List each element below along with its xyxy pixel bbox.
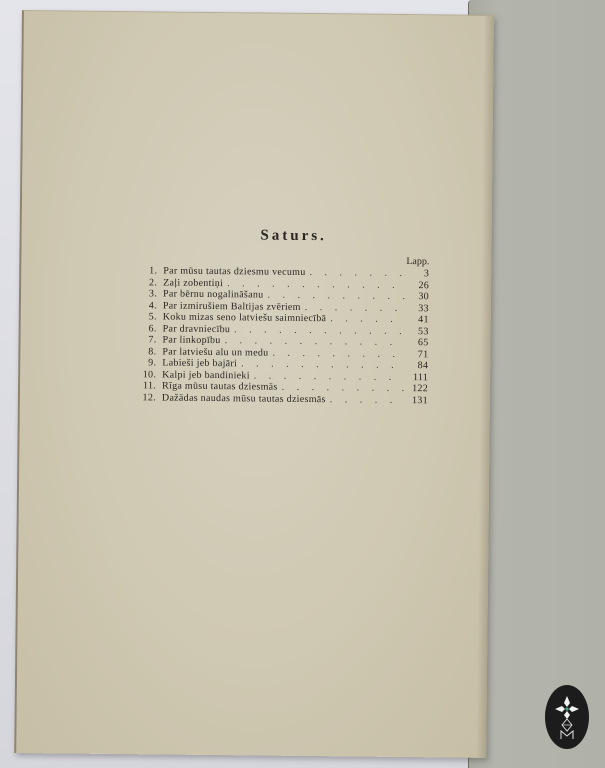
entry-number: 2. — [139, 277, 157, 289]
table-of-contents: Saturs. Lapp. 1.Par mūsu tautas dziesmu … — [138, 226, 430, 406]
entry-page: 41 — [409, 314, 429, 326]
entry-title: Dažādas naudas mūsu tautas dziesmās — [162, 392, 326, 405]
entry-page: 26 — [409, 280, 429, 292]
entry-page: 111 — [408, 372, 428, 384]
entry-number: 9. — [138, 357, 156, 369]
entry-page: 33 — [409, 303, 429, 315]
entry-number: 12. — [138, 392, 156, 404]
entry-title: Kalpi jeb bandinieki — [162, 369, 250, 381]
toc-entry: 12.Dažādas naudas mūsu tautas dziesmās13… — [138, 392, 428, 407]
book-page: Saturs. Lapp. 1.Par mūsu tautas dziesmu … — [14, 10, 494, 758]
entry-number: 11. — [138, 380, 156, 392]
entry-page: 122 — [408, 383, 428, 395]
entry-page: 53 — [409, 326, 429, 338]
entry-number: 10. — [138, 369, 156, 381]
entry-number: 6. — [139, 323, 157, 335]
dot-leader — [330, 394, 404, 406]
entry-number: 5. — [139, 311, 157, 323]
entry-page: 65 — [408, 337, 428, 349]
entry-title: Zaļi zobentiņi — [163, 277, 223, 289]
dot-leader — [330, 313, 405, 325]
entry-page: 131 — [408, 395, 428, 407]
entry-number: 4. — [139, 300, 157, 312]
entry-number: 3. — [139, 288, 157, 300]
folk-ornament-logo-icon — [552, 694, 582, 740]
entry-page: 84 — [408, 360, 428, 372]
watermark-badge — [545, 685, 589, 749]
dot-leader — [310, 267, 406, 280]
entry-title: Par dravniecību — [163, 323, 231, 335]
entry-page: 3 — [409, 268, 429, 280]
toc-title: Saturs. — [140, 226, 430, 246]
entry-title: Labieši jeb bajāri — [162, 357, 237, 369]
entry-page: 71 — [408, 349, 428, 361]
entry-number: 7. — [138, 334, 156, 346]
entry-page: 30 — [409, 291, 429, 303]
entry-number: 1. — [139, 265, 157, 277]
entry-title: Par linkopību — [162, 334, 220, 346]
entry-number: 8. — [138, 346, 156, 358]
